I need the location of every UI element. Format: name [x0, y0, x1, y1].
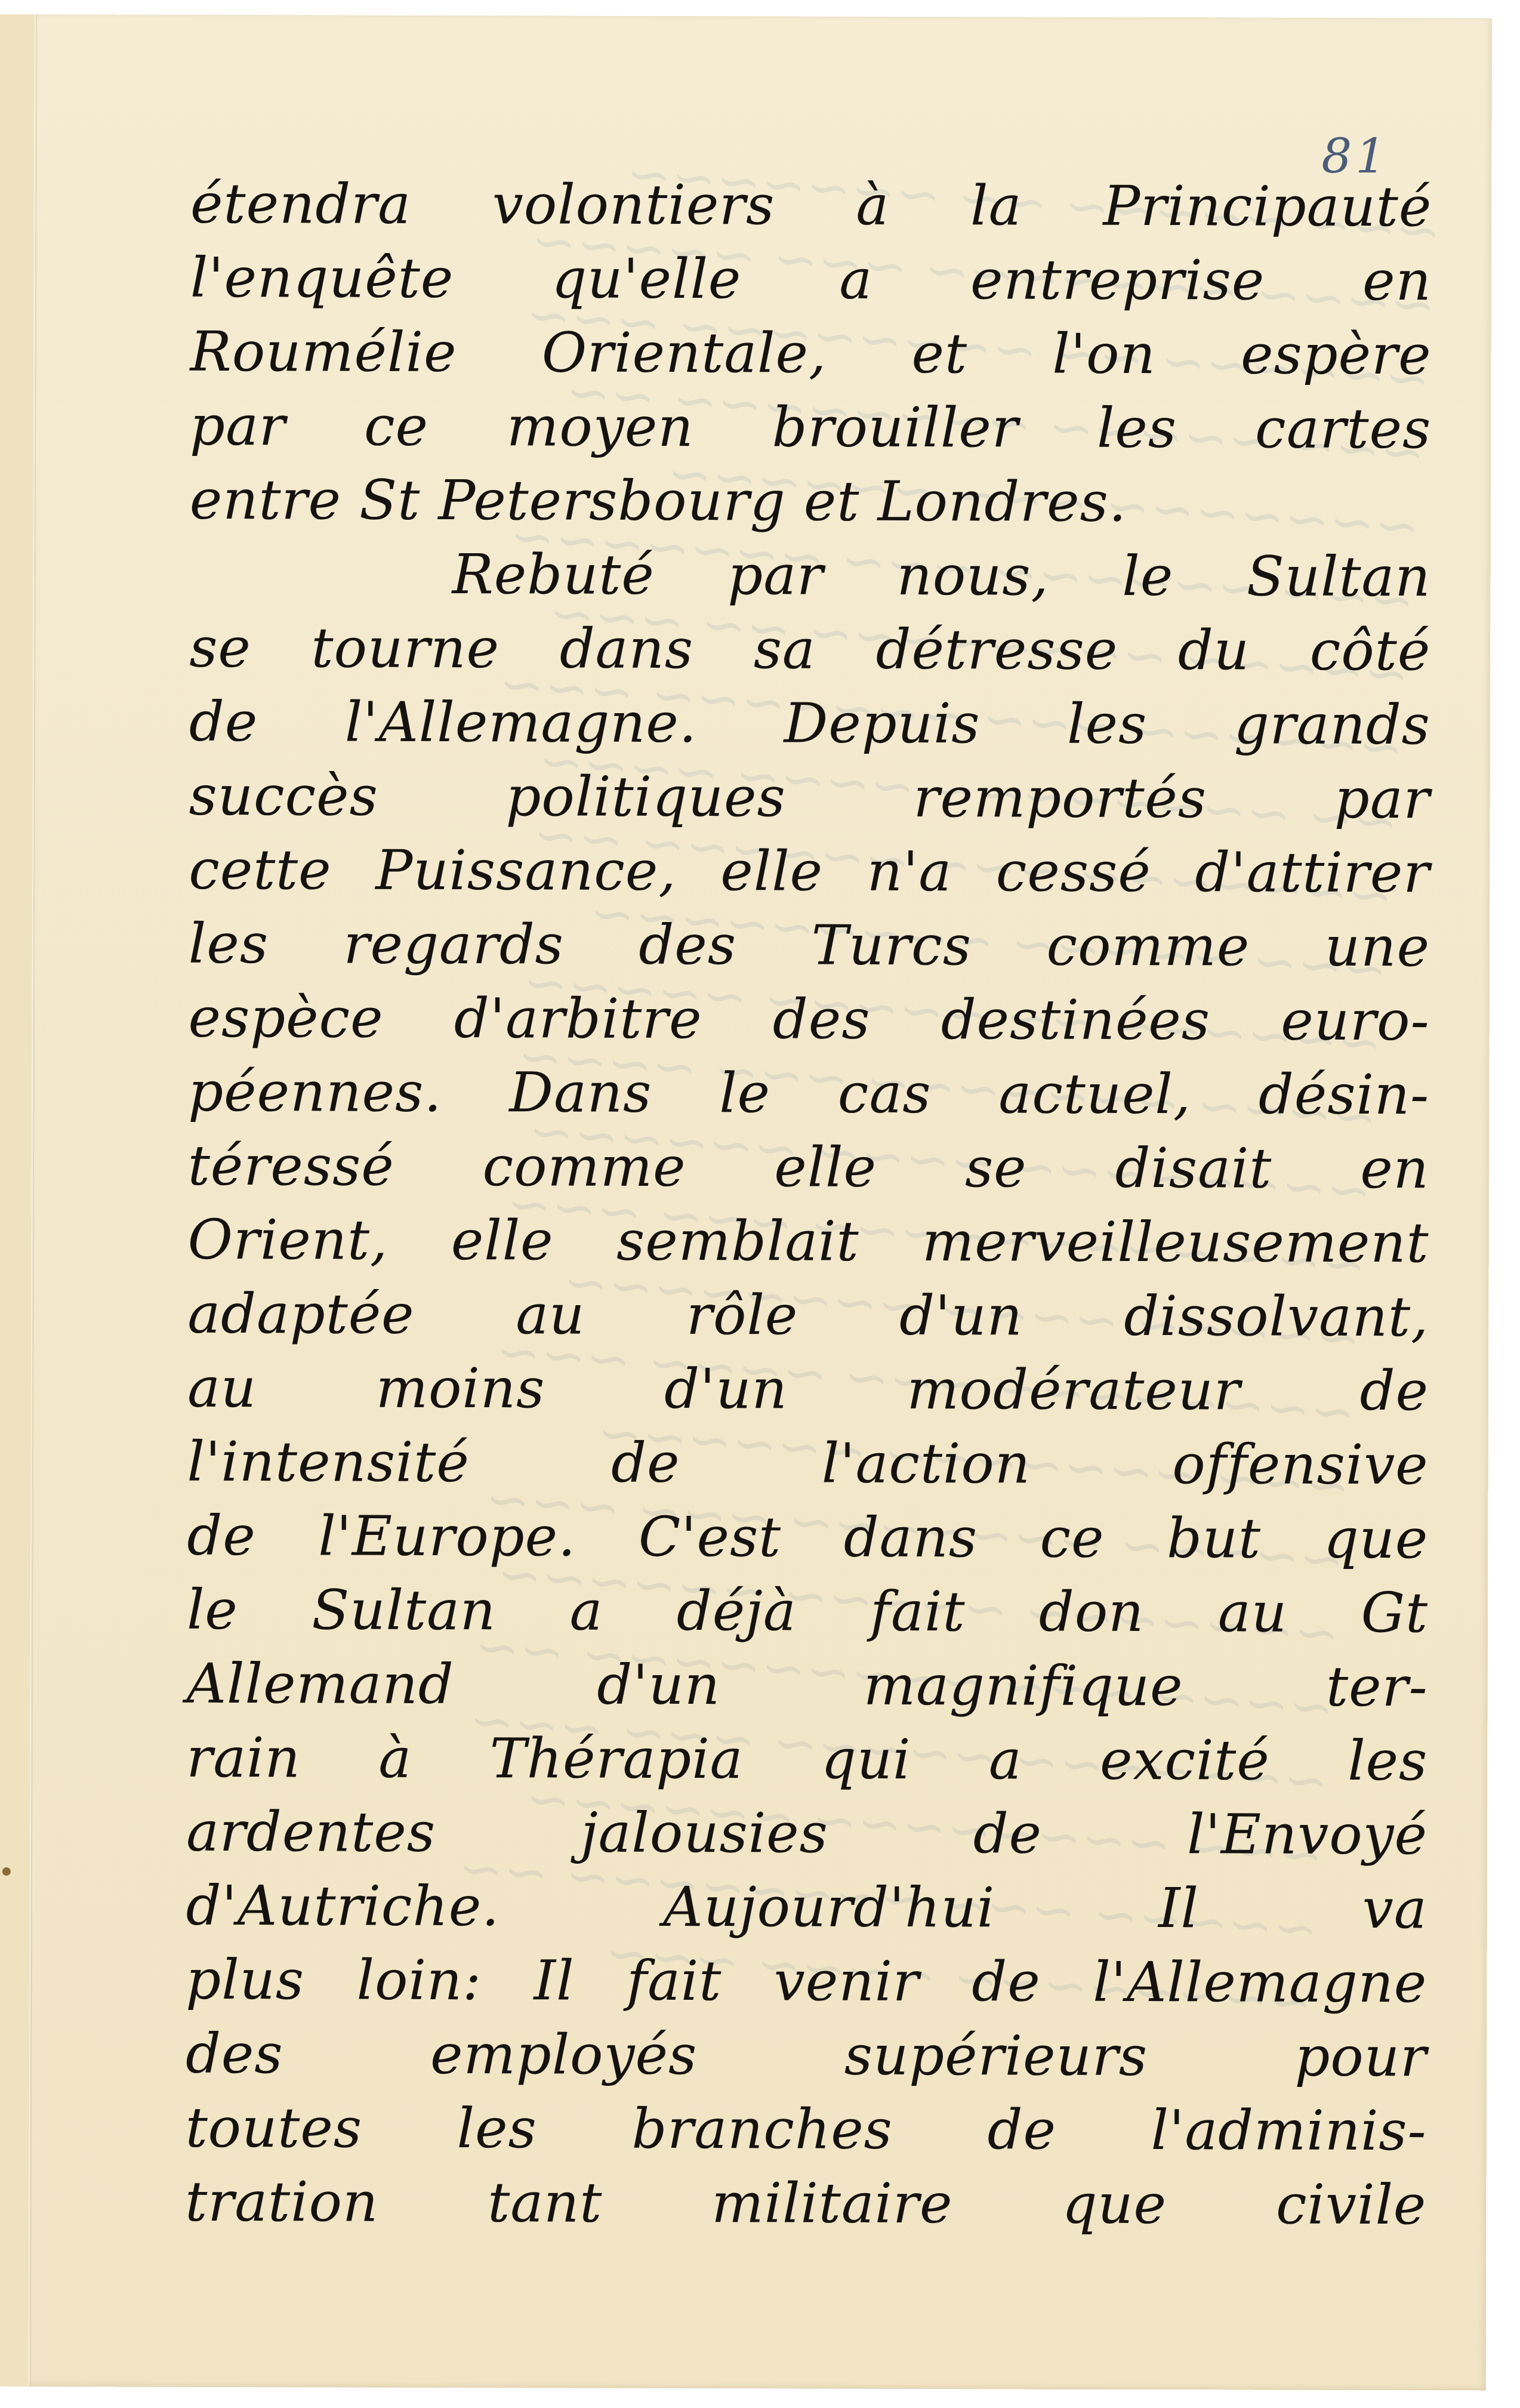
manuscript-line: entre St Petersbourg et Londres. [190, 463, 1431, 540]
manuscript-line: Allemand d'un magnifique ter- [187, 1647, 1428, 1724]
manuscript-line: d'Autriche. Aujourd'hui Il va [186, 1869, 1427, 1946]
manuscript-line: succès politiques remportés par [189, 759, 1430, 836]
manuscript-line: de l'Europe. C'est dans ce but que [187, 1499, 1428, 1576]
manuscript-line: téressé comme elle se disait en [188, 1129, 1429, 1206]
manuscript-page: ~~~ ~~~~~ ~~ ~~~~~~~ ~~~~ ~~~~~~~ ~~~ ~~… [0, 14, 1492, 2391]
manuscript-line: Roumélie Orientale, et l'on espère [190, 315, 1431, 392]
manuscript-line: tration tant militaire que civile [185, 2165, 1426, 2242]
manuscript-line: le Sultan a déjà fait don au Gt [187, 1573, 1428, 1650]
manuscript-line: ardentes jalousies de l'Envoyé [186, 1795, 1427, 1872]
manuscript-line: espèce d'arbitre des destinées euro- [188, 981, 1429, 1058]
manuscript-line: Orient, elle semblait merveilleusement [187, 1203, 1429, 1280]
manuscript-line: se tourne dans sa détresse du côté [189, 611, 1430, 688]
manuscript-line: de l'Allemagne. Depuis les grands [189, 685, 1430, 762]
manuscript-line: péennes. Dans le cas actuel, désin- [188, 1055, 1429, 1132]
manuscript-line: rain à Thérapia qui a excité les [186, 1721, 1427, 1798]
manuscript-line: cette Puissance, elle n'a cessé d'attire… [189, 833, 1430, 910]
manuscript-line: les regards des Turcs comme une [189, 907, 1430, 984]
manuscript-line-paragraph-start: Rebuté par nous, le Sultan [189, 537, 1430, 614]
manuscript-line: au moins d'un modérateur de [187, 1351, 1429, 1428]
manuscript-line: étendra volontiers à la Principauté [190, 167, 1432, 244]
manuscript-text-block: étendra volontiers à la Principauté l'en… [185, 167, 1432, 2242]
manuscript-line: adaptée au rôle d'un dissolvant, [187, 1277, 1429, 1354]
manuscript-line: des employés supérieurs pour [186, 2017, 1427, 2094]
paper-stain-speck [2, 1867, 11, 1876]
manuscript-line: plus loin: Il fait venir de l'Allemagne [186, 1943, 1427, 2020]
manuscript-line: par ce moyen brouiller les cartes [190, 389, 1431, 466]
manuscript-line: l'intensité de l'action offensive [187, 1425, 1428, 1502]
manuscript-line: l'enquête qu'elle a entreprise en [190, 241, 1432, 318]
manuscript-line: toutes les branches de l'adminis- [186, 2091, 1427, 2168]
